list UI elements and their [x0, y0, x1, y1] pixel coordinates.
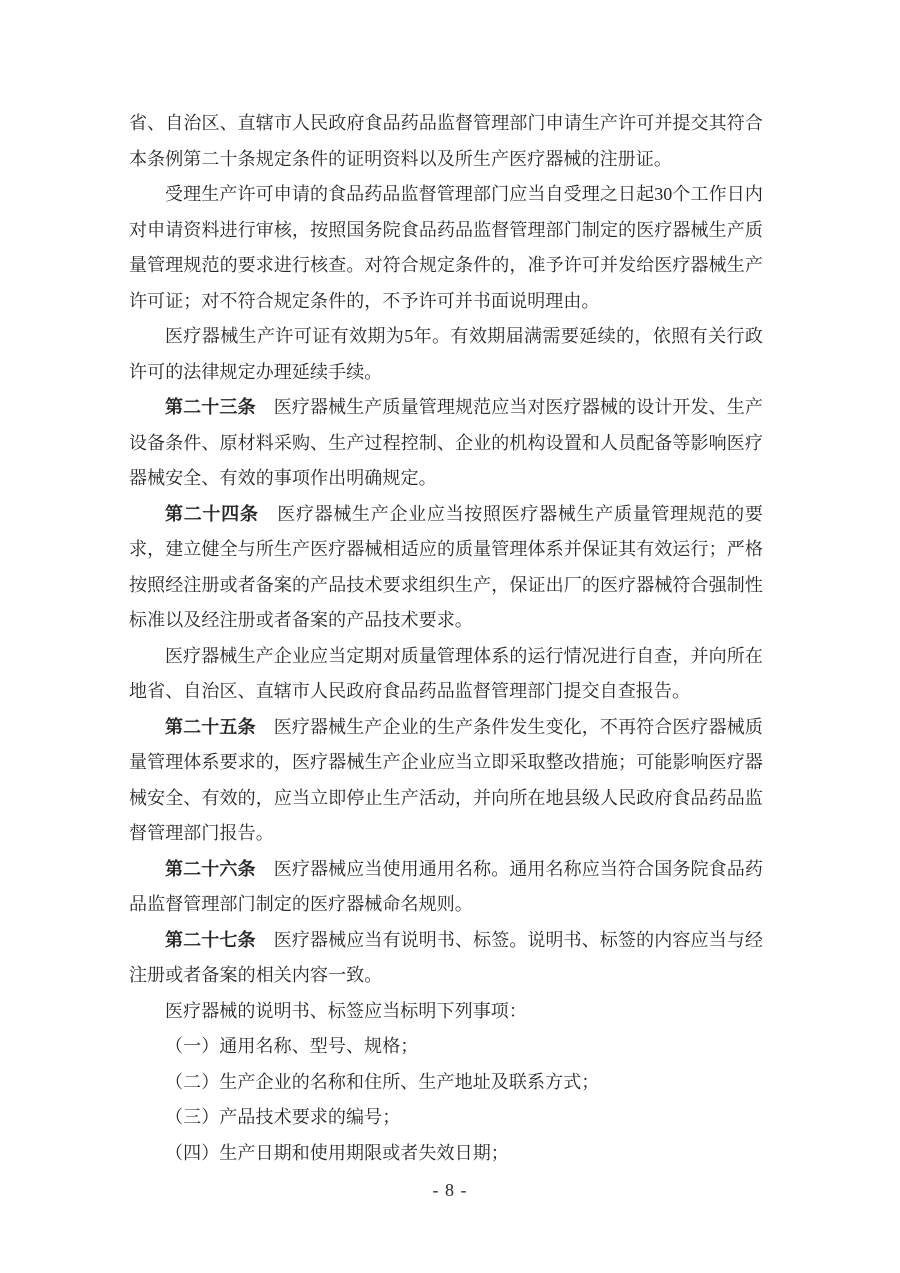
paragraph: 医疗器械生产企业应当定期对质量管理体系的运行情况进行自查，并向所在地省、自治区、…: [129, 639, 763, 710]
article-number: 第二十七条: [165, 930, 256, 950]
paragraph-text: 省、自治区、直辖市人民政府食品药品监督管理部门申请生产许可并提交其符合本条例第二…: [129, 113, 763, 169]
paragraph: （二）生产企业的名称和住所、生产地址及联系方式；: [129, 1065, 763, 1101]
paragraph: （四）生产日期和使用期限或者失效日期；: [129, 1136, 763, 1172]
paragraph: 第二十三条 医疗器械生产质量管理规范应当对医疗器械的设计开发、生产设备条件、原材…: [129, 390, 763, 497]
paragraph-text: 医疗器械生产许可证有效期为5年。有效期届满需要延续的，依照有关行政许可的法律规定…: [129, 326, 763, 382]
paragraph-text: （一）通用名称、型号、规格；: [165, 1036, 418, 1056]
paragraph: （三）产品技术要求的编号；: [129, 1100, 763, 1136]
article-number: 第二十五条: [165, 717, 256, 737]
paragraph: 第二十五条 医疗器械生产企业的生产条件发生变化，不再符合医疗器械质量管理体系要求…: [129, 710, 763, 852]
document-body-text: 省、自治区、直辖市人民政府食品药品监督管理部门申请生产许可并提交其符合本条例第二…: [129, 106, 763, 1171]
paragraph: 省、自治区、直辖市人民政府食品药品监督管理部门申请生产许可并提交其符合本条例第二…: [129, 106, 763, 177]
paragraph: 医疗器械的说明书、标签应当标明下列事项：: [129, 994, 763, 1030]
article-number: 第二十四条: [165, 504, 259, 524]
paragraph: 第二十四条 医疗器械生产企业应当按照医疗器械生产质量管理规范的要求，建立健全与所…: [129, 497, 763, 639]
document-page: 省、自治区、直辖市人民政府食品药品监督管理部门申请生产许可并提交其符合本条例第二…: [0, 0, 900, 1273]
paragraph: 第二十七条 医疗器械应当有说明书、标签。说明书、标签的内容应当与经注册或者备案的…: [129, 923, 763, 994]
paragraph-text: 医疗器械生产企业应当定期对质量管理体系的运行情况进行自查，并向所在地省、自治区、…: [129, 646, 763, 702]
paragraph-text: （二）生产企业的名称和住所、生产地址及联系方式；: [165, 1072, 599, 1092]
article-number: 第二十六条: [165, 859, 256, 879]
article-number: 第二十三条: [165, 397, 256, 417]
paragraph-text: 医疗器械的说明书、标签应当标明下列事项：: [165, 1001, 527, 1021]
paragraph: （一）通用名称、型号、规格；: [129, 1029, 763, 1065]
paragraph-text: 受理生产许可申请的食品药品监督管理部门应当自受理之日起30个工作日内对申请资料进…: [129, 184, 763, 311]
paragraph: 医疗器械生产许可证有效期为5年。有效期届满需要延续的，依照有关行政许可的法律规定…: [129, 319, 763, 390]
paragraph: 第二十六条 医疗器械应当使用通用名称。通用名称应当符合国务院食品药品监督管理部门…: [129, 852, 763, 923]
paragraph: 受理生产许可申请的食品药品监督管理部门应当自受理之日起30个工作日内对申请资料进…: [129, 177, 763, 319]
paragraph-text: （三）产品技术要求的编号；: [165, 1107, 400, 1127]
page-number: - 8 -: [0, 1178, 900, 1202]
paragraph-text: （四）生产日期和使用期限或者失效日期；: [165, 1143, 509, 1163]
